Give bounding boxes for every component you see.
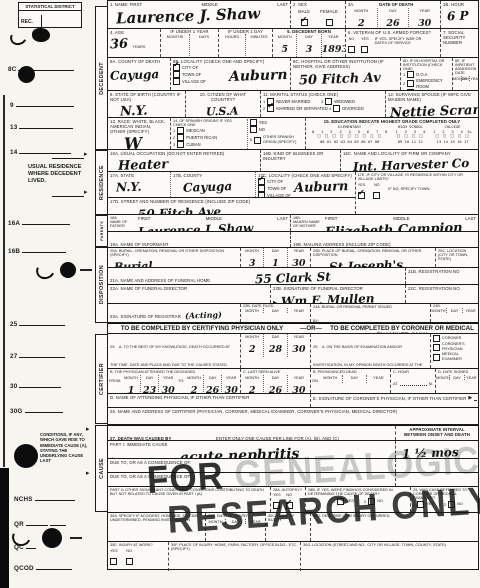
months-col: MONTHS (161, 34, 189, 57)
field-23b-date-filed: 23B. DATE FILED MONTH DAY YEAR (241, 304, 311, 322)
label: CORONER'S PHYSICIAN (442, 342, 476, 352)
label: 17B. COUNTY (173, 173, 253, 178)
label: 8A. COUNTY OF DEATH (110, 59, 168, 64)
label: DAY (297, 34, 320, 39)
label: E. SIGNATURE OF CORONER'S PHYSICIAN, IF … (313, 396, 466, 401)
label: DAY (378, 8, 409, 13)
value: Nettie Scranton (390, 102, 478, 117)
year-col: YEAR (366, 375, 390, 383)
label: 27 (10, 353, 17, 360)
label: MINUTES (246, 34, 272, 39)
checkbox-city-of: ✔ (258, 178, 265, 185)
pronounced-dead: B. PRONOUNCED DEAD ON MONTH DAY YEAR (311, 369, 391, 393)
label: FIRST (325, 216, 337, 221)
label: 16C. NAME AND LOCALITY OF FIRM OR COMPAN… (343, 151, 476, 156)
blank-line (19, 353, 65, 358)
label: YEAR (463, 308, 478, 313)
checkbox-yes (361, 46, 368, 53)
label: DECEDENT (99, 62, 105, 95)
pointer-icon: ▶ (273, 300, 277, 303)
label: NO (286, 493, 293, 497)
label: DUE TO, OR AS A CONSEQUENCE OF: (110, 474, 393, 479)
value: 26 (269, 385, 282, 393)
field-20b-place-of-burial: 20B. PLACE OF BURIAL, CREMATION, REMOVAL… (311, 248, 436, 267)
label: 28A. AUTOPSY? (273, 488, 303, 492)
label: 1. NAME: FIRST (110, 2, 142, 7)
label: DAY (447, 308, 462, 313)
label: 13. RACE: WHITE, BLACK, AMERICAN INDIAN,… (110, 119, 168, 134)
value: Auburn (229, 67, 288, 85)
field-20c-location: 20C. LOCATION (CITY OR TOWN, STATE) (436, 248, 478, 267)
label: MONTH (319, 375, 342, 380)
field-18b-mother: 18B.MAIDEN NAME OF MOTHER FIRSTMIDDLELAS… (291, 215, 478, 231)
attending-physician-name: D. NAME OF ATTENDING PHYSICIAN, IF OTHER… (108, 394, 311, 407)
usual-residence-note: USUAL RESIDENCE WHERE DECEDENT LIVED. (28, 164, 92, 185)
value: Wm F. Mullen (281, 291, 375, 303)
day-col: DAY23 (140, 375, 159, 393)
label: 2. SEX (293, 2, 343, 7)
value: 3 (249, 258, 256, 267)
label: MONTH (436, 375, 449, 380)
day-col: DAY (449, 375, 463, 380)
value: 1893 (322, 44, 346, 55)
field-19a-informant: 19A. NAME OF INFORMANT Laurence J Shaw (108, 232, 291, 247)
label: 30 (10, 383, 17, 390)
margin-code-nchs: NCHS (14, 488, 75, 506)
label: 1 (263, 99, 265, 104)
margin-code-13: 13 (10, 116, 73, 134)
month-col: MONTH1 (122, 375, 140, 393)
label: 1 (413, 502, 415, 507)
day-col: DAY (446, 308, 462, 313)
label: LAST (277, 2, 288, 7)
year-col: YEAR (245, 519, 265, 524)
value: 55 Clark St (254, 270, 330, 284)
label: MONTH (241, 308, 263, 313)
checkbox-divorced (333, 105, 340, 112)
year-col: YEAR30 (287, 375, 310, 393)
checkbox-cuban (177, 141, 184, 148)
field-if-under-1-year: IF UNDER 1 YEAR MONTHS DAYS (161, 29, 219, 57)
coroner-date-signed: D. DATE SIGNED MONTH DAY YEAR (436, 369, 478, 393)
value: 1 (128, 385, 135, 393)
field-8a-county-of-death: 8A. COUNTY OF DEATH Cayuga (108, 58, 171, 90)
value: 50 Fitch Av (299, 71, 381, 89)
blank-line (19, 321, 65, 326)
margin-code-qcod: QCOD (14, 557, 72, 575)
label: DAY (264, 308, 286, 313)
field-24b-permit-date: 24B. MONTH DAY YEAR (431, 304, 478, 322)
label: NO (126, 549, 133, 553)
field-24a-permit-issued: 24A. BURIAL OR REMOVAL PERMIT ISSUED BY:… (311, 304, 431, 322)
label: APPROXIMATE INTERVAL BETWEEN ONSET AND D… (398, 427, 476, 437)
value: 36 (110, 37, 129, 53)
label: LAST (277, 216, 288, 221)
label: 1 (403, 72, 405, 77)
day-col: DAY26 (377, 8, 409, 28)
month-col: MONTH (319, 375, 342, 383)
arrow-line (52, 188, 84, 197)
label: A. ON THE BASIS OF EXAMINATION AND/OR IN… (313, 345, 422, 368)
blank-line (36, 565, 72, 570)
checkbox-yes (110, 558, 117, 565)
label: 20A. BURIAL, CREMATION, REMOVAL OR OTHER… (110, 249, 238, 257)
value: 5 (281, 44, 288, 55)
label: CITY OF (182, 65, 198, 71)
or-separator: —OR— (296, 324, 326, 333)
label: 2 (444, 502, 446, 507)
value: 3 (306, 44, 313, 55)
year-col: YEAR30 (408, 8, 440, 28)
field-29-referred-to-coroner: 29. WAS CASE REFERRED TO CORONER OR MEDI… (411, 487, 478, 512)
margin-code-30g: 30G (10, 400, 63, 418)
checkbox-no (348, 46, 355, 53)
field-17e-within-limits: 17E. IF CITY OR VILLAGE, IS RESIDENCE WI… (356, 172, 478, 214)
label: YEAR (367, 375, 390, 380)
label: 3 (321, 99, 323, 104)
value: 2 (358, 18, 365, 28)
label: D. NAME OF ATTENDING PHYSICIAN, IF OTHER… (110, 395, 308, 400)
month-col: MONTH5 (273, 34, 296, 57)
label: AT (393, 382, 398, 386)
value: Burial (114, 259, 153, 267)
label: 21A. NAME AND ADDRESS OF FUNERAL HOME (110, 278, 210, 283)
label: DAY (204, 375, 222, 380)
value: 26 (206, 385, 219, 393)
value: 30 (418, 18, 431, 28)
margin-code-16b: 16B (8, 240, 66, 258)
label: 2 (403, 81, 405, 86)
label: DAY (462, 76, 470, 81)
label: MARRIED OR SEPARATED (276, 106, 327, 112)
label: YEARS (133, 45, 146, 49)
field-20a-date: MONTH3 DAY1 YEAR30 (241, 248, 311, 267)
month-col: MONTH (241, 308, 263, 313)
field-12-surviving-spouse: 12. SURVIVING SPOUSE (IF WIFE GIVE MAIDE… (386, 91, 478, 117)
field-30b-date-of-injury: 30B. DATE OF INJURY MONTH DAY YEAR (206, 513, 266, 541)
label: 30D. DESCRIBE HOW INJURY OCCURRED (313, 514, 476, 518)
blank-line (400, 380, 427, 386)
month-col: MONTH2 (185, 375, 203, 393)
pointer-icon: ▶ (468, 396, 472, 401)
immediate-cause: PART I: IMMEDIATE CAUSE (A) acute nephri… (108, 441, 396, 458)
blank-line (26, 521, 48, 526)
label: 22A. NAME OF FUNERAL DIRECTOR (110, 286, 268, 291)
label: YEAR (246, 519, 265, 524)
label: MONTH (453, 76, 461, 81)
label: DAY (450, 375, 463, 380)
month-col: MONTH (453, 76, 461, 81)
label: NO (348, 37, 355, 41)
label: 8C (8, 66, 16, 73)
field-8b-locality: 8B. LOCALITY (CHECK ONE AND SPECIFY) ✔CI… (171, 58, 291, 90)
label: 27. DEATH WAS CAUSED BY (110, 436, 171, 440)
label: 2 (263, 106, 265, 111)
check-mark: ✔ (173, 60, 180, 71)
grade-codes: 13 14 15 16 17 (433, 140, 472, 145)
label: YES (346, 499, 354, 504)
field-18a-father: 18A.NAME OF FATHER FIRSTMIDDLELAST Laure… (108, 215, 291, 231)
label: MONTH (273, 34, 296, 39)
label: DISPOSITION (99, 265, 105, 304)
value: 30 (292, 385, 305, 393)
label: 3 (173, 142, 175, 147)
checkbox-female (326, 19, 333, 26)
field-2-sex: 2. SEX MALE ✔ 1 FEMALE 2 (291, 1, 346, 28)
day-col: DAY26 (263, 375, 286, 393)
check-mark: ✔ (258, 174, 265, 185)
label: 8C. HOSPITAL OR OTHER INSTITUTION (IF NE… (293, 59, 398, 69)
label: 21B. REGISTRATION NO (408, 269, 476, 274)
label: 30E. INJURY AT WORK? (110, 543, 166, 547)
due-to-b: DUE TO, OR AS A CONSEQUENCE OF: (B) (108, 459, 396, 472)
label: 17D. STREET AND NUMBER OF RESIDENCE (INC… (110, 199, 353, 204)
label: NCHS (14, 496, 33, 503)
label: YEAR (159, 375, 177, 380)
label: HOURS (219, 34, 245, 39)
grade-codes: 09 10 11 12 (395, 140, 425, 145)
label: 30G. LOCATION (STREET AND NO., CITY OR V… (303, 543, 476, 547)
field-21b-registration-no: 21B. REGISTRATION NO (406, 268, 478, 284)
day-col: DAY (225, 519, 245, 524)
checkbox-mexican (177, 127, 184, 134)
checkbox-yes (337, 498, 344, 505)
label: MEDICAL EXAMINER (442, 352, 476, 362)
field-16b-industry: 16B. KIND OF BUSINESS OR INDUSTRY (261, 150, 341, 171)
label: 10. CITIZEN OF WHAT COUNTRY? (188, 92, 258, 102)
blank-line (16, 102, 74, 107)
checkbox-no (448, 501, 455, 508)
month-col: MONTH2 (241, 375, 263, 393)
elementary-group: ELEMENTARY 0 1 2 3 4 5 6 7 8 □ □ □ □ □ □… (312, 125, 387, 144)
label: DAY (226, 519, 245, 524)
label: TO BE COMPLETED BY CERTIFYING PHYSICIAN … (110, 325, 294, 333)
field-17b-county: 17B. COUNTY Cayuga (171, 172, 256, 197)
checkbox-emergency-room (407, 80, 414, 87)
label: NO (373, 183, 380, 187)
label: 22B. SIGNATURE OF FUNERAL DIRECTOR (273, 286, 403, 291)
field-1-name: 1. NAME: FIRSTMIDDLELAST Laurence J. Sha… (108, 1, 291, 28)
label: DATE OF DEATH (379, 2, 413, 7)
label: PARENTS (100, 221, 104, 241)
value: W (124, 134, 143, 149)
label: M. (429, 382, 433, 386)
label: YEAR (288, 248, 310, 253)
value: N.Y. (116, 180, 142, 195)
label: 1 (333, 499, 335, 504)
label: 30A. SPECIFY IF ACCIDENT, HOMICIDE, SUIC… (110, 514, 203, 522)
label: CUBAN (186, 142, 200, 148)
college-group: COLLEGE 1 2 3 4 5+ □ □ □ □ □ 13 14 15 16… (433, 125, 472, 144)
part-2-other-conditions: PART II: OTHER SIGNIFICANT CONDITIONS: C… (108, 487, 271, 512)
label: YEAR (288, 334, 310, 339)
checkbox-no: ✔ (286, 502, 293, 509)
label: 16B. KIND OF BUSINESS OR INDUSTRY (263, 151, 338, 161)
blank-line (50, 521, 66, 526)
field-16c-firm: 16C. NAME AND LOCALITY OF FIRM OR COMPAN… (341, 150, 478, 171)
value: 2 (249, 385, 256, 393)
checkbox-yes (273, 502, 280, 509)
label: YES (426, 502, 434, 507)
label: MONTH (241, 248, 263, 253)
label: 3A. (348, 2, 354, 7)
hours-col: HOURS (219, 34, 245, 57)
label: DAY (264, 334, 286, 339)
label: 4 (329, 106, 331, 111)
value: 2 (249, 344, 256, 355)
label: 9 (10, 102, 14, 109)
field-17a-state: 17A. STATE N.Y. (108, 172, 171, 197)
label: MONTH (241, 334, 263, 339)
check-mark: ✔ (267, 101, 274, 112)
label: EMERGENCY ROOM (416, 78, 450, 89)
checkbox-yes (417, 501, 424, 508)
label: DUE TO, OR AS A CONSEQUENCE OF: (110, 460, 393, 465)
label: NEVER MARRIED (276, 99, 310, 105)
ink-dot (18, 66, 35, 83)
handwritten-mark (70, 537, 82, 539)
margin-code-qc: QC (14, 536, 36, 554)
checkbox-coroners-physician (433, 344, 440, 351)
label: YES (110, 549, 118, 553)
field-28a-autopsy: 28A. AUTOPSY? YES NO✔ (271, 487, 306, 512)
label: 30C. HOUR OF INJURY (268, 514, 308, 522)
label: VILLAGE OF (267, 193, 291, 197)
day-col: DAY28 (263, 334, 286, 357)
label: MONTH (185, 375, 203, 380)
checkbox-widowed (325, 98, 332, 105)
value: Int. Harvester Co (353, 156, 470, 171)
label: DAYS (190, 34, 218, 39)
last-seen-alive: C. LAST SEEN ALIVE MONTH2 DAY26 YEAR30 (241, 369, 311, 393)
label: NO (377, 499, 383, 504)
label: PART I: IMMEDIATE CAUSE (110, 442, 393, 447)
label: MONTH (346, 8, 377, 13)
label: YES (259, 120, 267, 126)
checkbox-yes (250, 119, 257, 126)
label: TOWN OF (182, 72, 201, 78)
label: 24A. BURIAL OR REMOVAL PERMIT ISSUED (313, 305, 428, 309)
label: NAME OF FATHER (110, 220, 127, 228)
month-col: MONTH (206, 519, 225, 524)
section-tabs: DECEDENT RESIDENCE PARENTS DISPOSITION C… (95, 0, 107, 570)
margin-code-9: 9 (10, 94, 74, 112)
label: 9. STATE OF BIRTH (COUNTRY IF NOT USA) (110, 92, 183, 102)
label: 13 (10, 124, 17, 131)
field-4-age: 4. AGE 36 YEARS (108, 29, 161, 57)
handwritten-mark (34, 259, 58, 281)
interval-c (396, 473, 478, 486)
certifier-date-signed: MONTH2 DAY28 YEAR30 (241, 334, 311, 368)
year-col: YEAR1893 (321, 34, 345, 57)
value: 50 Fitch Ave (138, 205, 222, 214)
film-edge-line (3, 95, 5, 467)
divider (41, 15, 42, 27)
label: WIDOWED (334, 99, 355, 105)
check-mark: ✔ (286, 498, 293, 507)
label: 23A. SIGNATURE OF REGISTRAR (110, 314, 181, 319)
field-21a-funeral-home: 21A. NAME AND ADDRESS OF FUNERAL HOME 55… (108, 268, 406, 284)
label: MIDDLE (206, 216, 222, 221)
value: 26 (386, 18, 399, 28)
value: 30 (292, 258, 305, 267)
field-13-race: 13. RACE: WHITE, BLACK, AMERICAN INDIAN,… (108, 118, 171, 149)
checkbox-married-or-separated: ✔ (267, 105, 274, 112)
label: BY: (313, 319, 319, 322)
label: IF NO, SPECIFY TOWN: (388, 187, 430, 205)
field-15-education: 15. EDUCATION INDICATE HIGHEST GRADE COM… (306, 118, 478, 149)
margin-code-30: 30 (10, 375, 61, 393)
value: Laurence J. Shaw (116, 4, 261, 27)
day-col: DAY1 (263, 248, 286, 267)
field-14-spanish-origin: 14. OF SPANISH ORIGIN? IF YES CHECK ONE … (171, 118, 306, 149)
label: 8D. IF IN HOSPITAL OR INSTITUTION (CHECK… (403, 59, 450, 71)
checkbox-city-of: ✔ (173, 64, 180, 71)
form-body: 1. NAME: FIRSTMIDDLELAST Laurence J. Sha… (107, 0, 479, 570)
value: St Joseph's (329, 258, 403, 267)
label: QCOD (14, 565, 34, 572)
checkbox-yes: ✔ (358, 192, 365, 199)
label: MONTH (122, 375, 140, 380)
label: 16B (8, 248, 20, 255)
label: MIDDLE (393, 216, 409, 221)
value: Cayuga (183, 179, 233, 195)
label: 29. WAS CASE REFERRED TO CORONER OR MEDI… (413, 488, 476, 500)
checkbox-male: ✔ (301, 19, 308, 26)
label: 25 (110, 344, 114, 349)
death-certificate-scan: STATISTICAL DISTRICT REC. 8C 9 13 14 ▸ U… (0, 0, 480, 588)
label: DIVORCED (342, 106, 364, 112)
year-col: YEAR (287, 308, 310, 313)
label: FIRST (138, 216, 150, 221)
label: 1 (173, 128, 175, 133)
field-26-certifier-name-address: 26. NAME AND ADDRESS OF CERTIFIER (PHYSI… (108, 408, 478, 424)
checkbox-puerto-rican (177, 134, 184, 141)
label: ON (311, 375, 319, 383)
margin-code-25: 25 (10, 313, 65, 331)
label: LAST (465, 216, 476, 221)
label: YEAR (222, 375, 240, 380)
field-10-citizen: 10. CITIZEN OF WHAT COUNTRY? U.S.A (186, 91, 261, 117)
margin-code-27: 27 (10, 345, 65, 363)
field-7-ssn: 7. SOCIAL SECURITY NUMBER (441, 29, 478, 57)
checkbox-no (250, 126, 257, 133)
certifier-attestation: 25 A. TO THE BEST OF MY KNOWLEDGE, DEATH… (108, 334, 241, 368)
arrow-line (52, 150, 84, 159)
label: YEAR (470, 76, 478, 81)
checkbox-town-of (173, 71, 180, 78)
label: YEAR (288, 308, 310, 313)
label: 8E. IF INPATIENT ADMISSION DATE (453, 58, 478, 76)
label: 5 (250, 137, 252, 142)
label: A. TO THE BEST OF MY KNOWLEDGE, DEATH OC… (110, 345, 230, 367)
field-30g-location: 30G. LOCATION (STREET AND NO., CITY OR V… (301, 542, 478, 571)
coroner-attestation: 25 A. ON THE BASIS OF EXAMINATION AND/OR… (311, 334, 431, 368)
value: 30 (292, 344, 305, 355)
label: 14 (10, 149, 17, 156)
label: 30F. PLACE OF INJURY: HOME, FARM, FACTOR… (171, 543, 298, 551)
field-17c-locality: 17C. LOCALITY (CHECK ONE AND SPECIFY) ✔C… (256, 172, 355, 197)
field-27-death-caused-by: 27. DEATH WAS CAUSED BY ENTER ONLY ONE C… (108, 426, 396, 440)
label: 22C. REGISTRATION NO (408, 286, 476, 291)
label: C. HOUR (393, 370, 433, 374)
label: MONTH (431, 308, 446, 313)
ink-dot (60, 262, 76, 278)
handwritten-mark (32, 28, 50, 42)
label: 14. OF SPANISH ORIGIN? IF YES CHECK ONE (173, 119, 244, 127)
value: acute nephritis (179, 446, 299, 458)
field-20a-disposition: 20A. BURIAL, CREMATION, REMOVAL OR OTHER… (108, 248, 241, 267)
